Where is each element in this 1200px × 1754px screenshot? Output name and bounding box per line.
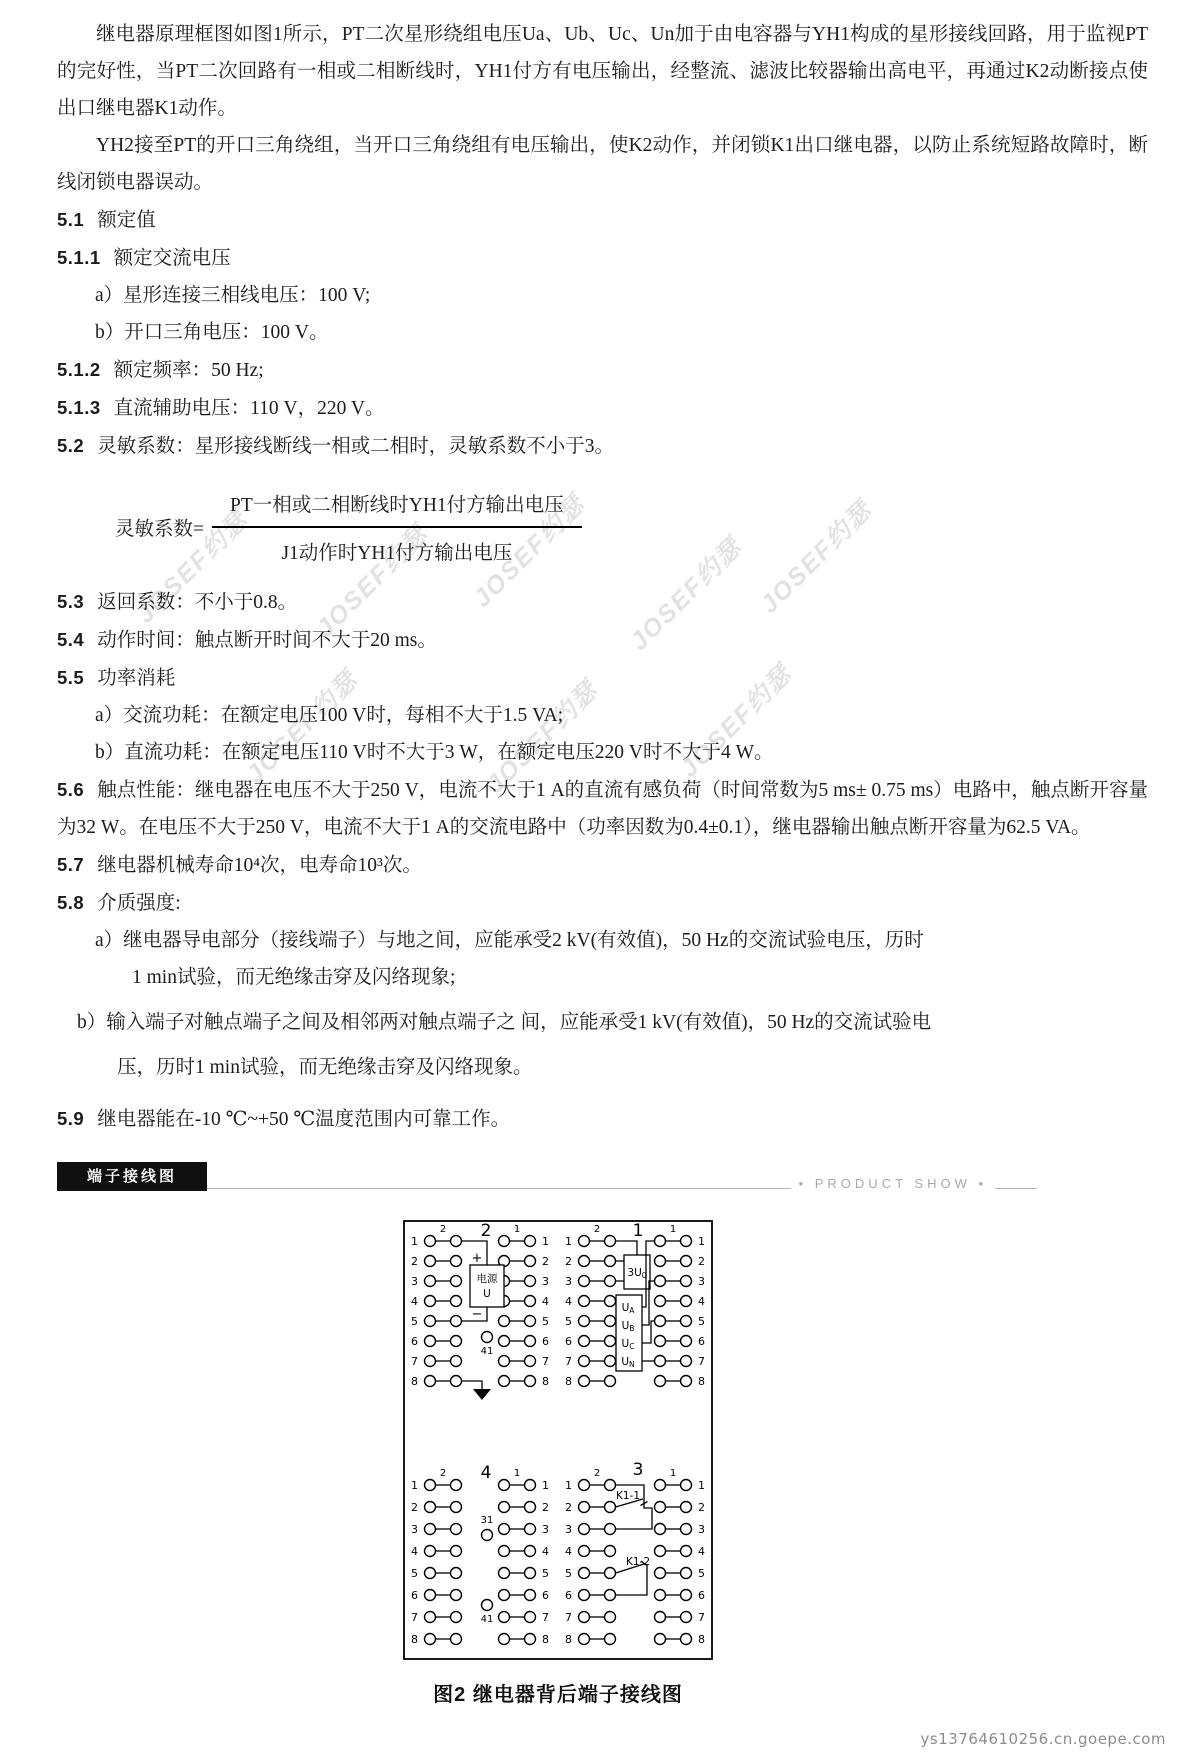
section-band: 端子接线图 • PRODUCT SHOW •: [57, 1162, 1037, 1191]
svg-text:+: +: [472, 1251, 483, 1266]
formula-numerator: PT一相或二相断线时YH1付方输出电压: [212, 485, 582, 528]
svg-text:2: 2: [481, 1221, 492, 1241]
svg-text:1: 1: [698, 1235, 705, 1248]
svg-text:2: 2: [594, 1468, 600, 1479]
svg-text:2: 2: [698, 1255, 705, 1268]
section-number: 5.2: [57, 435, 84, 456]
svg-text:2: 2: [440, 1468, 446, 1479]
svg-text:7: 7: [565, 1355, 572, 1368]
svg-text:3: 3: [542, 1275, 549, 1288]
intro-paragraph-2: YH2接至PT的开口三角绕组，当开口三角绕组有电压输出，使K2动作，并闭锁K1出…: [57, 127, 1148, 201]
svg-text:8: 8: [565, 1375, 572, 1388]
section-5-1-1: 5.1.1额定交流电压: [57, 239, 1148, 277]
section-text: 介质强度:: [97, 893, 180, 914]
svg-text:2: 2: [565, 1255, 572, 1268]
section-text: 额定频率：50 Hz;: [114, 360, 264, 381]
svg-text:6: 6: [698, 1335, 705, 1348]
item-5-1-1-b: b）开口三角电压：100 V。: [57, 314, 1148, 351]
svg-text:1: 1: [670, 1224, 676, 1235]
section-text: 功率消耗: [97, 668, 175, 689]
svg-text:5: 5: [565, 1567, 572, 1580]
svg-text:8: 8: [698, 1633, 705, 1646]
formula-denominator: J1动作时YH1付方输出电压: [263, 528, 530, 569]
sensitivity-formula: 灵敏系数= PT一相或二相断线时YH1付方输出电压 J1动作时YH1付方输出电压: [115, 485, 1148, 569]
section-number: 5.4: [57, 629, 84, 650]
svg-text:U: U: [483, 1288, 491, 1300]
formula-fraction: PT一相或二相断线时YH1付方输出电压 J1动作时YH1付方输出电压: [212, 485, 582, 569]
svg-text:3: 3: [542, 1523, 549, 1536]
svg-text:3: 3: [633, 1460, 644, 1480]
svg-text:4: 4: [565, 1295, 572, 1308]
svg-text:6: 6: [698, 1589, 705, 1602]
section-text: 动作时间：触点断开时间不大于20 ms。: [97, 630, 437, 651]
figure-caption: 图2 继电器背后端子接线图: [393, 1678, 723, 1707]
svg-text:2: 2: [411, 1255, 418, 1268]
svg-text:3: 3: [565, 1523, 572, 1536]
section-5-1-2: 5.1.2额定频率：50 Hz;: [57, 351, 1148, 389]
svg-text:6: 6: [542, 1335, 549, 1348]
svg-text:1: 1: [633, 1221, 644, 1241]
svg-text:8: 8: [542, 1633, 549, 1646]
section-number: 5.3: [57, 591, 84, 612]
section-number: 5.1.3: [57, 397, 101, 418]
svg-text:4: 4: [542, 1295, 549, 1308]
section-5-4: 5.4动作时间：触点断开时间不大于20 ms。: [57, 621, 1148, 659]
svg-text:4: 4: [481, 1463, 492, 1483]
svg-text:5: 5: [411, 1315, 418, 1328]
section-5-2: 5.2灵敏系数：星形接线断线一相或二相时，灵敏系数不小于3。: [57, 427, 1148, 465]
svg-text:1: 1: [411, 1235, 418, 1248]
svg-text:2: 2: [542, 1255, 549, 1268]
svg-text:2: 2: [411, 1501, 418, 1514]
svg-text:5: 5: [698, 1315, 705, 1328]
svg-text:5: 5: [411, 1567, 418, 1580]
svg-text:6: 6: [565, 1335, 572, 1348]
svg-text:1: 1: [565, 1479, 572, 1492]
site-footer: ys13764610256.cn.goepe.com: [921, 1730, 1166, 1748]
svg-text:8: 8: [542, 1375, 549, 1388]
svg-text:3: 3: [698, 1523, 705, 1536]
svg-text:7: 7: [542, 1355, 549, 1368]
svg-text:4: 4: [698, 1545, 705, 1558]
section-5-8: 5.8介质强度:: [57, 884, 1148, 922]
svg-text:5: 5: [542, 1567, 549, 1580]
svg-text:4: 4: [698, 1295, 705, 1308]
section-number: 5.9: [57, 1108, 84, 1129]
svg-text:4: 4: [411, 1295, 418, 1308]
svg-text:7: 7: [411, 1355, 418, 1368]
svg-text:7: 7: [698, 1355, 705, 1368]
svg-text:7: 7: [411, 1611, 418, 1624]
svg-text:6: 6: [542, 1589, 549, 1602]
svg-text:6: 6: [565, 1589, 572, 1602]
svg-text:3: 3: [411, 1523, 418, 1536]
section-text: 继电器机械寿命10⁴次，电寿命10³次。: [97, 855, 422, 876]
svg-text:7: 7: [698, 1611, 705, 1624]
section-number: 5.1.1: [57, 247, 101, 268]
formula-lhs: 灵敏系数=: [115, 513, 204, 541]
svg-text:1: 1: [514, 1468, 520, 1479]
band-line: [207, 1188, 791, 1189]
svg-text:5: 5: [542, 1315, 549, 1328]
section-number: 5.8: [57, 892, 84, 913]
svg-text:4: 4: [411, 1545, 418, 1558]
item-5-5-b: b）直流功耗：在额定电压110 V时不大于3 W，在额定电压220 V时不大于4…: [57, 734, 1148, 771]
section-5-9: 5.9继电器能在-10 ℃~+50 ℃温度范围内可靠工作。: [57, 1100, 1148, 1138]
item-5-8-b-line2: 压，历时1 min试验，而无绝缘击穿及闪络现象。: [57, 1049, 1148, 1086]
svg-text:7: 7: [565, 1611, 572, 1624]
svg-text:4: 4: [542, 1545, 549, 1558]
section-5-3: 5.3返回系数：不小于0.8。: [57, 583, 1148, 621]
svg-text:1: 1: [411, 1479, 418, 1492]
svg-text:5: 5: [565, 1315, 572, 1328]
band-right-text: • PRODUCT SHOW •: [791, 1176, 995, 1191]
svg-text:3: 3: [565, 1275, 572, 1288]
section-number: 5.1.2: [57, 359, 101, 380]
section-text: 直流辅助电压：110 V，220 V。: [114, 398, 385, 419]
svg-text:8: 8: [698, 1375, 705, 1388]
section-5-1-3: 5.1.3直流辅助电压：110 V，220 V。: [57, 389, 1148, 427]
svg-text:2: 2: [542, 1501, 549, 1514]
svg-text:8: 8: [411, 1633, 418, 1646]
svg-text:1: 1: [698, 1479, 705, 1492]
svg-text:3: 3: [411, 1275, 418, 1288]
svg-text:2: 2: [698, 1501, 705, 1514]
band-line: [995, 1188, 1037, 1189]
svg-text:1: 1: [542, 1479, 549, 1492]
svg-text:7: 7: [542, 1611, 549, 1624]
item-5-8-b-line1: b）输入端子对触点端子之间及相邻两对触点端子之 间，应能承受1 kV(有效值)，…: [57, 1004, 1148, 1041]
section-number: 5.5: [57, 667, 84, 688]
section-text: 额定值: [97, 210, 156, 231]
section-number: 5.1: [57, 209, 84, 230]
section-number: 5.7: [57, 854, 84, 875]
section-5-7: 5.7继电器机械寿命10⁴次，电寿命10³次。: [57, 846, 1148, 884]
svg-text:2: 2: [565, 1501, 572, 1514]
section-text: 继电器能在-10 ℃~+50 ℃温度范围内可靠工作。: [97, 1109, 510, 1130]
svg-text:1: 1: [514, 1224, 520, 1235]
svg-text:K1-1: K1-1: [616, 1490, 640, 1502]
svg-text:1: 1: [565, 1235, 572, 1248]
section-text: 灵敏系数：星形接线断线一相或二相时，灵敏系数不小于3。: [97, 436, 614, 457]
item-5-8-a-line1: a）继电器导电部分（接线端子）与地之间，应能承受2 kV(有效值)，50 Hz的…: [57, 922, 1148, 959]
item-5-5-a: a）交流功耗：在额定电压100 V时，每相不大于1.5 VA;: [57, 697, 1148, 734]
band-label: 端子接线图: [57, 1162, 207, 1191]
svg-text:电源: 电源: [477, 1272, 498, 1285]
svg-text:31: 31: [481, 1515, 494, 1526]
figure-2: 12345678212345678112345678212345678121+电…: [393, 1215, 723, 1707]
terminal-wiring-diagram: 12345678212345678112345678212345678121+电…: [398, 1215, 718, 1665]
svg-text:5: 5: [698, 1567, 705, 1580]
svg-text:1: 1: [670, 1468, 676, 1479]
section-number: 5.6: [57, 779, 84, 800]
document-body: 继电器原理框图如图1所示，PT二次星形绕组电压Ua、Ub、Uc、Un加于由电容器…: [57, 16, 1148, 1707]
svg-text:8: 8: [411, 1375, 418, 1388]
svg-text:2: 2: [440, 1224, 446, 1235]
svg-text:6: 6: [411, 1589, 418, 1602]
svg-text:1: 1: [542, 1235, 549, 1248]
svg-text:41: 41: [481, 1346, 494, 1357]
svg-text:8: 8: [565, 1633, 572, 1646]
svg-text:2: 2: [594, 1224, 600, 1235]
section-text: 触点性能：继电器在电压不大于250 V，电流不大于1 A的直流有感负荷（时间常数…: [57, 780, 1148, 838]
item-5-1-1-a: a）星形连接三相线电压：100 V;: [57, 277, 1148, 314]
svg-text:4: 4: [565, 1545, 572, 1558]
section-5-6: 5.6触点性能：继电器在电压不大于250 V，电流不大于1 A的直流有感负荷（时…: [57, 771, 1148, 846]
section-text: 额定交流电压: [114, 248, 231, 269]
svg-text:6: 6: [411, 1335, 418, 1348]
section-5-1: 5.1额定值: [57, 201, 1148, 239]
svg-text:3: 3: [698, 1275, 705, 1288]
svg-text:41: 41: [481, 1614, 494, 1625]
svg-text:−: −: [472, 1307, 483, 1322]
item-5-8-a-line2: 1 min试验，而无绝缘击穿及闪络现象;: [57, 959, 1148, 996]
section-text: 返回系数：不小于0.8。: [97, 592, 297, 613]
section-5-5: 5.5功率消耗: [57, 659, 1148, 697]
intro-paragraph-1: 继电器原理框图如图1所示，PT二次星形绕组电压Ua、Ub、Uc、Un加于由电容器…: [57, 16, 1148, 127]
